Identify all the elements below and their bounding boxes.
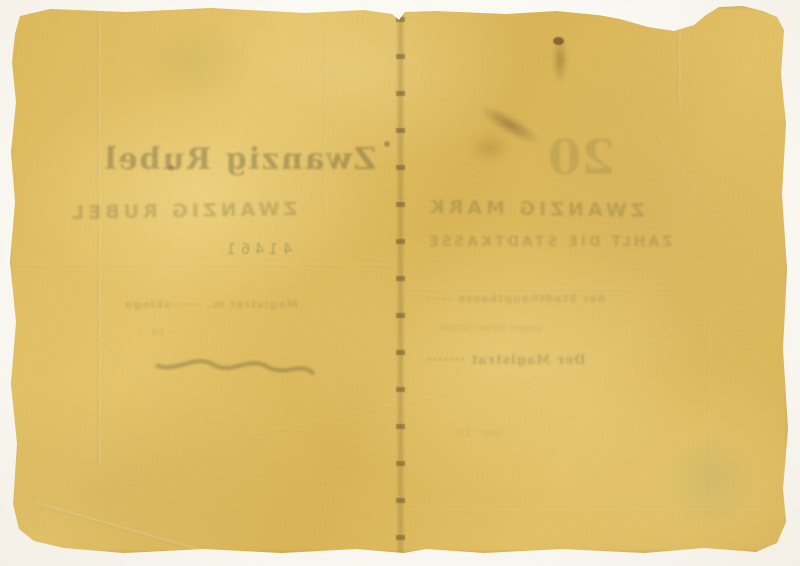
bleedthrough-caps-line-left: ZWANZIG RUBEL — [68, 198, 298, 224]
ink-smudge-streak — [474, 99, 545, 151]
crease-line — [434, 92, 571, 157]
bleedthrough-magistrat-line: Der Magistrat ······· — [426, 353, 586, 368]
bleedthrough-faint-line: ····· gegen diesen Schein — [438, 323, 561, 334]
edge-shadow-left — [6, 4, 13, 558]
edge-shadow-right — [784, 4, 792, 558]
bleedthrough-caps-line-right-2: ZAHLT DIE STADTKASSE — [426, 234, 672, 250]
crease-line — [93, 334, 247, 464]
bleedthrough-numeral-20: 20 — [548, 130, 615, 186]
crease-line — [708, 322, 710, 494]
stitched-seam — [396, 4, 405, 558]
crease-line — [145, 383, 198, 493]
edge-dark-sliver — [6, 50, 9, 340]
crease-line — [613, 72, 690, 181]
scan-background: Zwanzig Rubel ZWANZIG RUBEL 41461 Magist… — [0, 0, 800, 566]
bleedthrough-faint-line: der Stadthauptkasse ····· — [426, 292, 606, 305]
rust-speck — [384, 141, 390, 147]
crease-line — [410, 510, 778, 512]
crease-line — [34, 502, 267, 566]
crease-line — [410, 288, 672, 290]
crease-line — [678, 12, 680, 108]
crease-line — [14, 264, 394, 266]
crease-line — [324, 22, 326, 214]
bleedthrough-script-title: Zwanzig Rubel — [103, 142, 376, 177]
ink-smudge-blob — [468, 132, 512, 164]
bleedthrough-caps-line-right-1: ZWANZIG MARK — [426, 196, 645, 222]
bleedthrough-faint-line: Magistrat m. ······skiego — [124, 298, 298, 311]
bleedthrough-serial-number: 41461 — [222, 240, 292, 258]
green-tint-patch — [140, 25, 252, 97]
crease-line — [45, 47, 122, 101]
bleedthrough-faint-line: ·· 19·· r. — [136, 328, 174, 339]
rust-speck — [168, 165, 174, 171]
edge-shadow-top — [6, 4, 792, 10]
bleedthrough-faint-line: ···· den ·· 19·· — [452, 428, 519, 439]
ink-smudge-vertical — [552, 36, 568, 84]
bleedthrough-signature — [150, 356, 320, 382]
crease-line — [526, 298, 769, 388]
crease-line — [244, 390, 462, 438]
seal-bleedthrough — [668, 436, 754, 526]
crease-line — [98, 4, 100, 466]
dark-speck — [553, 37, 564, 45]
banknote-reverse: Zwanzig Rubel ZWANZIG RUBEL 41461 Magist… — [6, 4, 792, 558]
